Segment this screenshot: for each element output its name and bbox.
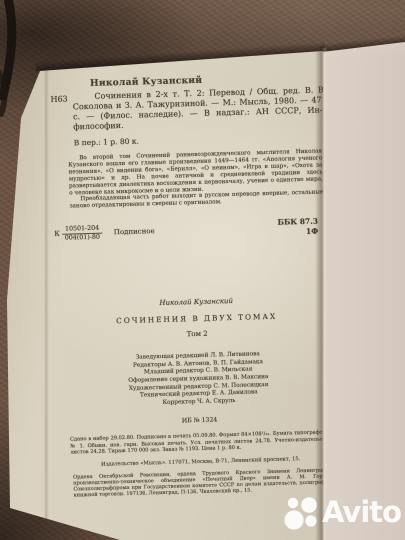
- ib-number: ИБ № 1324: [60, 413, 340, 428]
- bbk-main: ББК 87.3: [277, 217, 318, 227]
- staff-list: Заведующая редакцией Л. В. Литвинова Ред…: [58, 349, 339, 410]
- catalog-card: Н63 Сочинения в 2-х т. Т. 2: Перевод / О…: [50, 85, 327, 133]
- title-block: Николай Кузанский СОЧИНЕНИЯ В ДВУХ ТОМАХ…: [56, 294, 337, 342]
- index-row: К 10501-204 004(01)-80 Подписное ББК 87.…: [54, 217, 322, 244]
- avito-logo-icon: [283, 493, 319, 531]
- index-denominator: 004(01)-80: [63, 233, 102, 242]
- avito-watermark-text: Avito: [322, 498, 401, 527]
- catalog-code: Н63: [50, 95, 67, 104]
- book-gutter-shadow: [315, 48, 327, 540]
- title-volume: Том 2: [57, 326, 337, 342]
- index-fraction: 10501-204 004(01)-80: [62, 224, 102, 242]
- photo-frame: Николай Кузанский Н63 Сочинения в 2-х т.…: [0, 0, 405, 540]
- catalog-entry: Сочинения в 2-х т. Т. 2: Перевод / Общ. …: [72, 85, 327, 132]
- annotation: Во второй том Сочинений ранневозрожденче…: [68, 148, 323, 210]
- publisher-line: Издательство «Мысль». 117071, Москва, В-…: [61, 455, 341, 469]
- imprint-page-content: Николай Кузанский Н63 Сочинения в 2-х т.…: [50, 72, 342, 499]
- subscription-label: Подписное: [114, 227, 155, 236]
- title-main: СОЧИНЕНИЯ В ДВУХ ТОМАХ: [57, 310, 337, 327]
- title-author: Николай Кузанский: [56, 294, 336, 310]
- imprint-details: Сдано в набор 29.02.80. Подписано в печа…: [70, 430, 332, 456]
- price-line: В пер.: 1 р. 80 к.: [74, 131, 332, 147]
- index-letter: К: [54, 230, 60, 238]
- avito-watermark: Avito: [283, 493, 401, 531]
